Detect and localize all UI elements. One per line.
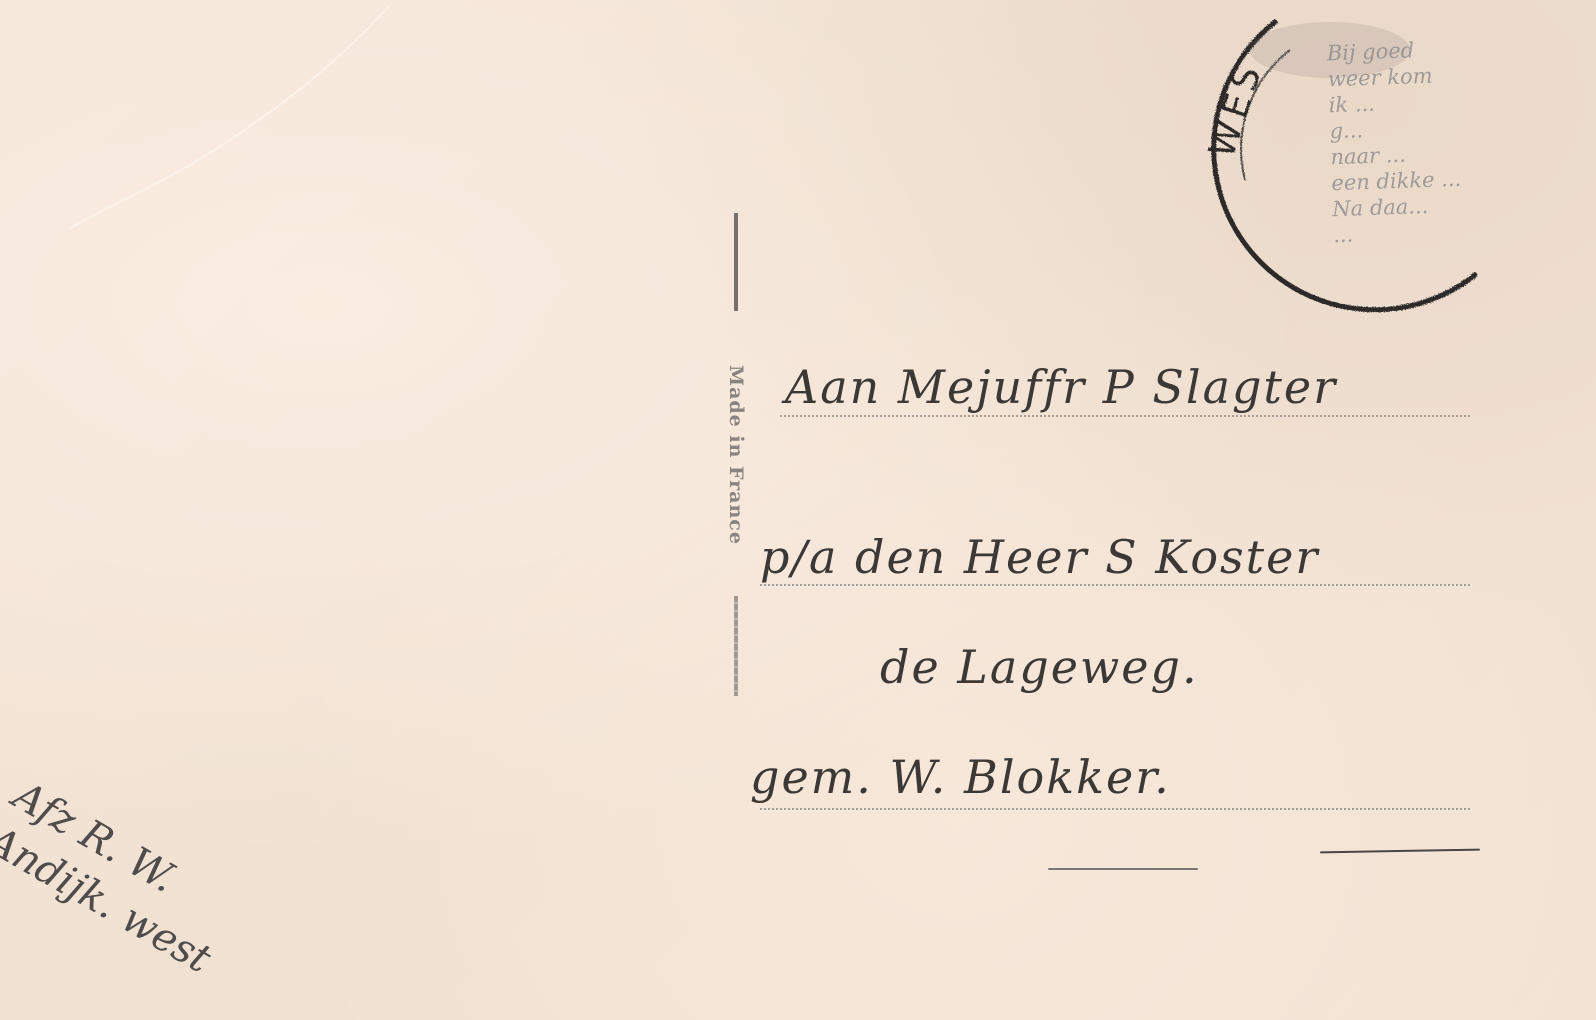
address-rule-3 <box>760 808 1470 810</box>
pencil-note-line: ... <box>1333 218 1464 249</box>
pencil-notes: Bij goed weer kom ik ... g... naar ... e… <box>1326 36 1463 248</box>
address-line-street: de Lageweg. <box>880 640 1199 694</box>
address-line-municipality: gem. W. Blokker. <box>750 750 1171 804</box>
address-line-recipient: Aan Mejuffr P Slagter <box>785 360 1337 414</box>
made-in-label: Made in France <box>725 365 747 545</box>
postmark-text: WES <box>1202 56 1272 163</box>
ink-underline <box>1048 868 1198 870</box>
ink-underline-flourish <box>1320 849 1480 854</box>
postcard-back: Made in France WES Bij goed weer kom ik … <box>0 0 1596 1020</box>
divider-line-bottom <box>734 596 738 696</box>
paper-crease <box>60 0 400 230</box>
sender-note: Afz R. W. Andijk. west <box>0 770 246 985</box>
pencil-note-line: een dikke ... <box>1331 166 1462 197</box>
address-line-care-of: p/a den Heer S Koster <box>760 530 1319 584</box>
address-rule-1 <box>780 415 1470 417</box>
divider-line-top <box>734 213 738 311</box>
address-rule-2 <box>760 584 1470 586</box>
